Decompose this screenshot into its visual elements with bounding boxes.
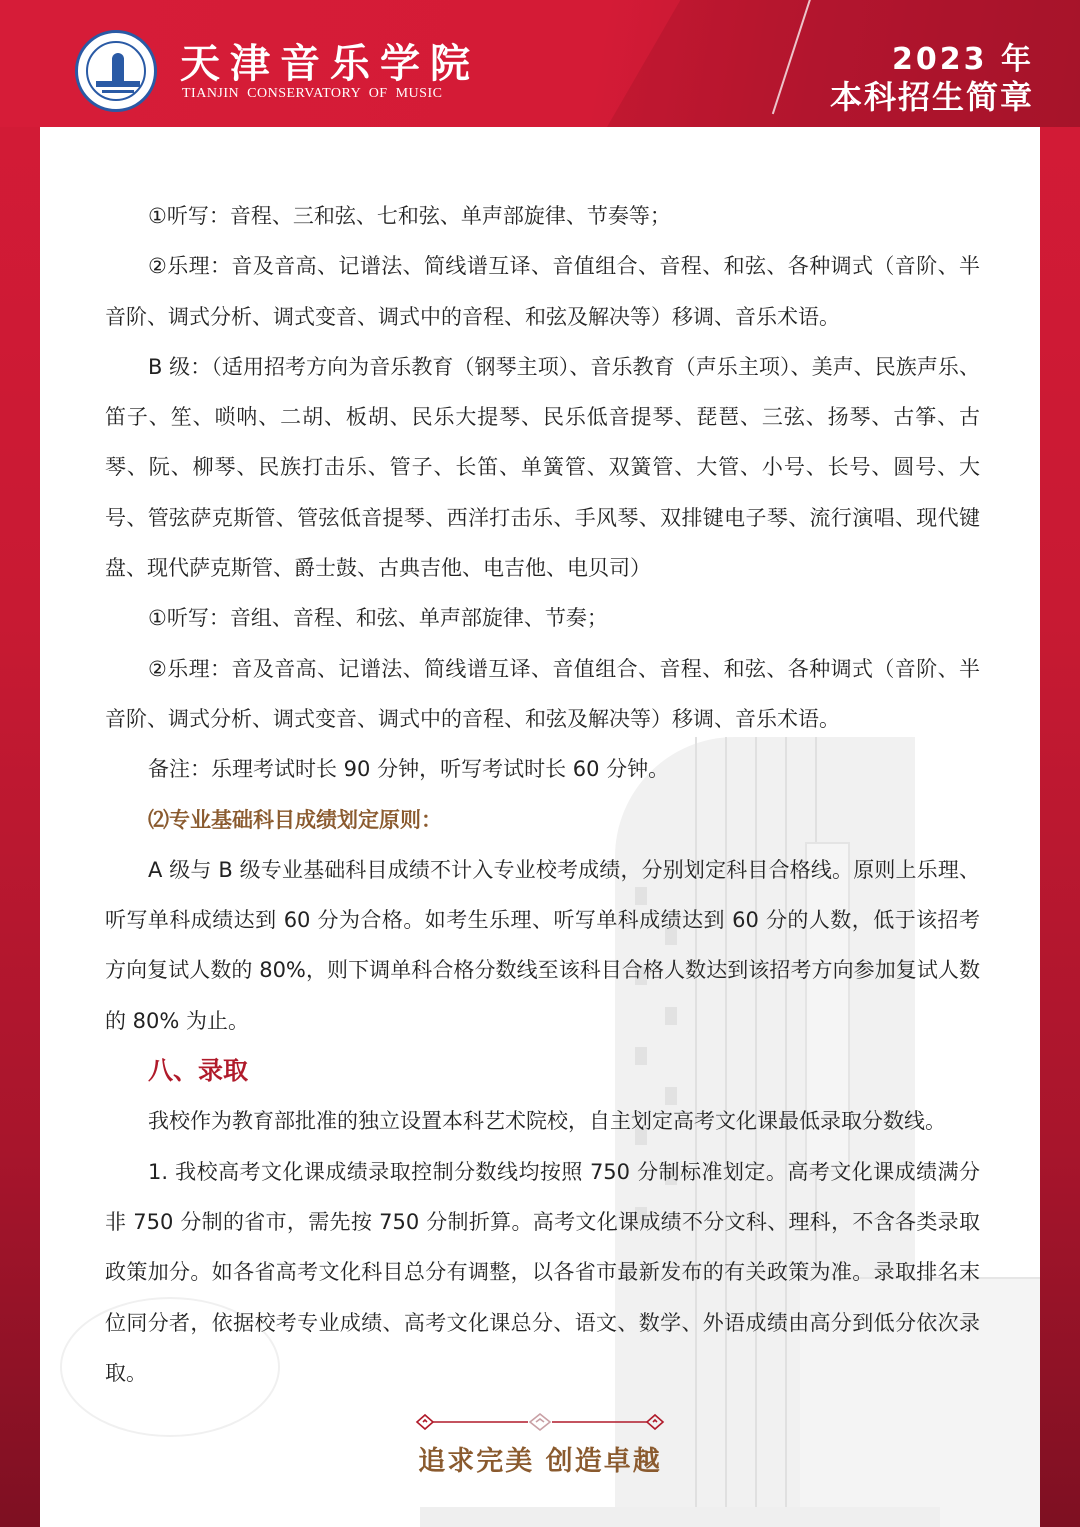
school-motto: 追求完美 创造卓越 bbox=[40, 1439, 1040, 1478]
paragraph-theory-a: ②乐理：音及音高、记谱法、简线谱互译、音值组合、音程、和弦、各种调式（音阶、半音… bbox=[105, 241, 980, 342]
paragraph-dictation-b: ①听写：音组、音程、和弦、单声部旋律、节奏； bbox=[105, 593, 980, 643]
page-header: 天津音乐学院 TIANJIN CONSERVATORY OF MUSIC 202… bbox=[0, 0, 1080, 127]
paragraph-exam-note: 备注：乐理考试时长 90 分钟，听写考试时长 60 分钟。 bbox=[105, 744, 980, 794]
section-heading-admission: 八、录取 bbox=[105, 1046, 980, 1096]
paragraph-theory-b: ②乐理：音及音高、记谱法、简线谱互译、音值组合、音程、和弦、各种调式（音阶、半音… bbox=[105, 644, 980, 745]
steps-watermark bbox=[420, 1507, 940, 1527]
paragraph-admission-rule-1: 1. 我校高考文化课成绩录取控制分数线均按照 750 分制标准划定。高考文化课成… bbox=[105, 1147, 980, 1398]
content-card: ①听写：音程、三和弦、七和弦、单声部旋律、节奏等； ②乐理：音及音高、记谱法、简… bbox=[40, 127, 1040, 1527]
ruyi-divider-icon bbox=[415, 1412, 665, 1432]
school-name-cn: 天津音乐学院 bbox=[180, 32, 480, 89]
paragraph-scoring-principle: A 级与 B 级专业基础科目成绩不计入专业校考成绩，分别划定科目合格线。原则上乐… bbox=[105, 845, 980, 1046]
school-name-en: TIANJIN CONSERVATORY OF MUSIC bbox=[182, 86, 442, 102]
paragraph-admission-intro: 我校作为教育部批准的独立设置本科艺术院校，自主划定高考文化课最低录取分数线。 bbox=[105, 1096, 980, 1146]
brochure-title: 本科招生简章 bbox=[830, 72, 1034, 118]
school-emblem-icon bbox=[75, 30, 157, 112]
paragraph-level-b: B 级：（适用招考方向为音乐教育（钢琴主项）、音乐教育（声乐主项）、美声、民族声… bbox=[105, 342, 980, 593]
paragraph-dictation-a: ①听写：音程、三和弦、七和弦、单声部旋律、节奏等； bbox=[105, 191, 980, 241]
document-body: ①听写：音程、三和弦、七和弦、单声部旋律、节奏等； ②乐理：音及音高、记谱法、简… bbox=[105, 191, 980, 1398]
subheading-scoring-principle: ⑵专业基础科目成绩划定原则： bbox=[105, 795, 980, 845]
